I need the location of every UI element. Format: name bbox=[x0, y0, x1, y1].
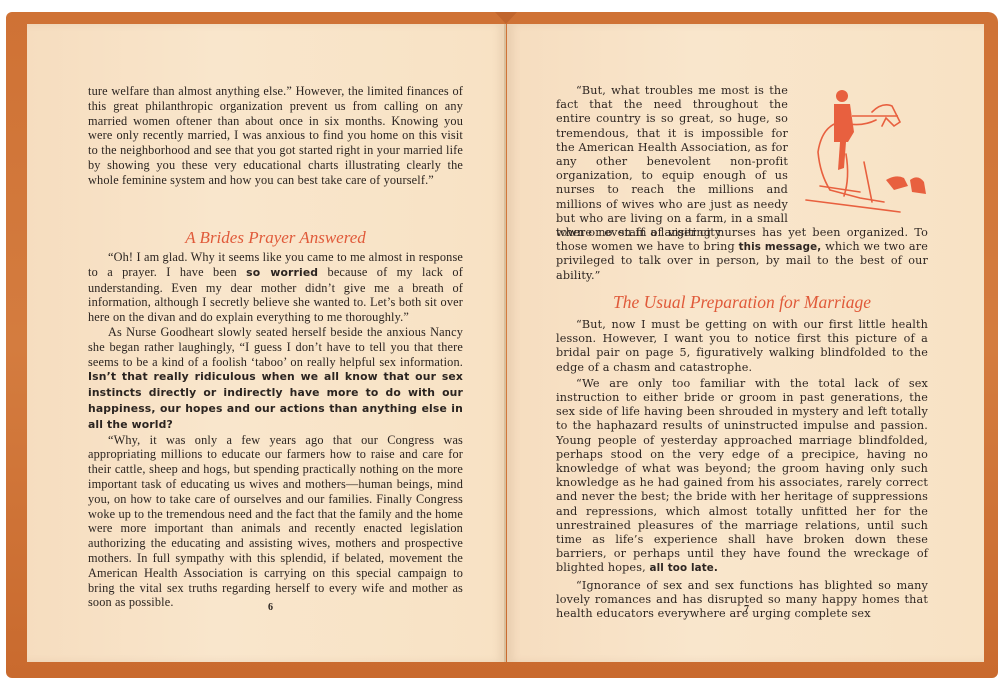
horse-rider-illustration bbox=[800, 82, 940, 220]
page-number-left: 6 bbox=[268, 602, 273, 613]
left-paragraph-3: As Nurse Goodheart slowly seated herself… bbox=[88, 325, 463, 433]
right-paragraph-4: “Ignorance of sex and sex functions has … bbox=[556, 579, 928, 622]
right-paragraph-2: “But, now I must be getting on with our … bbox=[556, 318, 928, 375]
right-page-wrapped-text: “But, what troubles me most is the fact … bbox=[556, 84, 788, 240]
right-paragraph-3: “We are only too familiar with the total… bbox=[556, 377, 928, 576]
bold-emphasis: Isn’t that really ridiculous when we all… bbox=[88, 370, 463, 430]
page-number-right: 7 bbox=[744, 604, 749, 615]
left-paragraph-1: ture welfare than almost anything else.”… bbox=[88, 84, 463, 188]
left-section-heading: A Brides Prayer Answered bbox=[88, 228, 463, 248]
left-page-text-body: “Oh! I am glad. Why it seems like you ca… bbox=[88, 250, 463, 610]
left-paragraph-2: “Oh! I am glad. Why it seems like you ca… bbox=[88, 250, 463, 325]
book-spine-gutter bbox=[504, 24, 506, 662]
right-page-text-cont: where no staff of visiting nurses has ye… bbox=[556, 226, 928, 283]
bold-emphasis: so worried bbox=[246, 266, 318, 279]
right-paragraph-1-continued: where no staff of visiting nurses has ye… bbox=[556, 226, 928, 283]
right-paragraph-1: “But, what troubles me most is the fact … bbox=[556, 84, 788, 240]
right-section-heading: The Usual Preparation for Marriage bbox=[556, 292, 928, 313]
left-paragraph-4: “Why, it was only a few years ago that o… bbox=[88, 433, 463, 611]
bold-emphasis: this message, bbox=[739, 241, 822, 253]
bold-emphasis: all too late. bbox=[650, 562, 719, 574]
left-page-text-top: ture welfare than almost anything else.”… bbox=[88, 84, 463, 188]
right-page-text-body: “But, now I must be getting on with our … bbox=[556, 318, 928, 621]
